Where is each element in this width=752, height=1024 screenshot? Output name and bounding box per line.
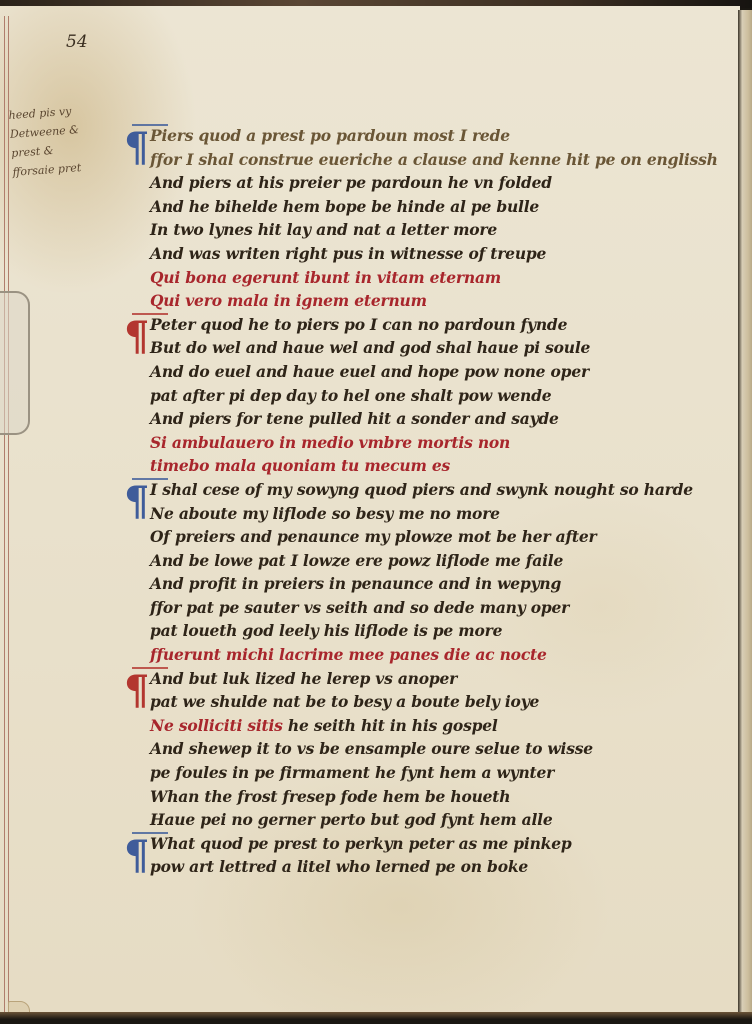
- verse-line: And he bihelde hem bope be hinde al pe b…: [150, 195, 740, 219]
- verse-line: And piers at his preier pe pardoun he vn…: [150, 171, 740, 195]
- latin-rubric-line: Qui bona egerunt ibunt in vitam eternam: [150, 266, 740, 290]
- verse-line: Of preiers and penaunce my plowze mot be…: [150, 525, 740, 549]
- text-column: ¶ Piers quod a prest po pardoun most I r…: [150, 124, 740, 879]
- book-bottom-edge: [0, 1012, 752, 1024]
- verse-line: ¶ I shal cese of my sowyng quod piers an…: [150, 478, 740, 502]
- verse-line: And piers for tene pulled hit a sonder a…: [150, 407, 740, 431]
- page-clip: [0, 291, 30, 435]
- verse-line: pat after pi dep day to hel one shalt po…: [150, 384, 740, 408]
- latin-rubric-line: ffuerunt michi lacrime mee panes die ac …: [150, 643, 740, 667]
- verse-line: And was writen right pus in witnesse of …: [150, 242, 740, 266]
- verse-line: In two lynes hit lay and nat a letter mo…: [150, 218, 740, 242]
- verse-line: Ne solliciti sitis he seith hit in his g…: [150, 714, 740, 738]
- verse-line: pow art lettred a litel who lerned pe on…: [150, 855, 740, 879]
- verse-line: pe foules in pe firmament he fynt hem a …: [150, 761, 740, 785]
- red-paraph-initial-icon: ¶: [124, 669, 140, 713]
- verse-line: ffor I shal construe eueriche a clause a…: [150, 148, 740, 172]
- blue-paraph-initial-icon: ¶: [124, 834, 140, 878]
- verse-line: ¶ Peter quod he to piers po I can no par…: [150, 313, 740, 337]
- verse-line: pat loueth god leely his liflode is pe m…: [150, 619, 740, 643]
- verse-line: ¶ Piers quod a prest po pardoun most I r…: [150, 124, 740, 148]
- verse-line: pat we shulde nat be to besy a boute bel…: [150, 690, 740, 714]
- verse-line: And be lowe pat I lowze ere powz liflode…: [150, 549, 740, 573]
- verse-line: ¶ What quod pe prest to perkyn peter as …: [150, 832, 740, 856]
- verse-line: ffor pat pe sauter vs seith and so dede …: [150, 596, 740, 620]
- marginal-note: heed pis vy Detweene & prest & fforsaie …: [8, 98, 133, 182]
- left-margin-rule: [4, 16, 9, 1016]
- verse-line: And profit in preiers in penaunce and in…: [150, 572, 740, 596]
- latin-rubric-phrase: Ne solliciti sitis: [150, 716, 283, 735]
- folio-number: 54: [66, 32, 88, 52]
- blue-paraph-initial-icon: ¶: [124, 126, 140, 170]
- verse-line: Ne aboute my liflode so besy me no more: [150, 502, 740, 526]
- verse-line: And shewep it to vs be ensample oure sel…: [150, 737, 740, 761]
- latin-rubric-line: Si ambulauero in medio vmbre mortis non: [150, 431, 740, 455]
- blue-paraph-initial-icon: ¶: [124, 480, 140, 524]
- latin-rubric-line: timebo mala quoniam tu mecum es: [150, 454, 740, 478]
- manuscript-page: 54 heed pis vy Detweene & prest & fforsa…: [0, 6, 740, 1015]
- page-fore-edge: [738, 10, 752, 1014]
- latin-rubric-line: Qui vero mala in ignem eternum: [150, 289, 740, 313]
- verse-line: Whan the frost fresep fode hem be houeth: [150, 785, 740, 809]
- verse-line: ¶ And but luk lized he lerep vs anoper: [150, 667, 740, 691]
- verse-line: Haue pei no gerner perto but god fynt he…: [150, 808, 740, 832]
- verse-line: And do euel and haue euel and hope pow n…: [150, 360, 740, 384]
- red-paraph-initial-icon: ¶: [124, 315, 140, 359]
- verse-line: But do wel and haue wel and god shal hau…: [150, 336, 740, 360]
